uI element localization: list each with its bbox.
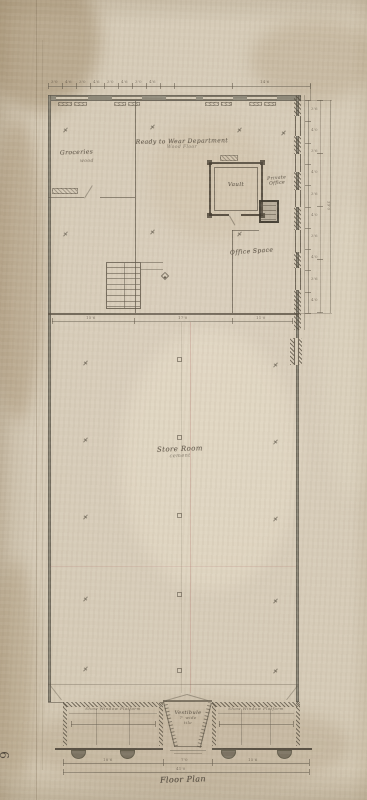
window-opening xyxy=(295,230,301,252)
window-sill xyxy=(74,102,87,106)
show-window-left: Show Window Platform xyxy=(63,702,163,746)
room-label-vault: Vault xyxy=(209,182,263,189)
dim-tick xyxy=(261,205,276,206)
dim-tick xyxy=(261,214,276,215)
paper-stain xyxy=(0,120,45,420)
dim-tick xyxy=(305,228,311,229)
column-symbol xyxy=(177,357,182,362)
wall-hatch xyxy=(294,136,301,154)
dim-tick xyxy=(76,83,77,89)
dim-tick xyxy=(212,759,213,766)
dim-tick xyxy=(305,121,311,122)
vault-corner xyxy=(207,213,212,218)
dim-label: 41'0 xyxy=(176,766,186,771)
dim-tick xyxy=(63,759,64,766)
window-opening xyxy=(295,190,301,207)
dim-tick xyxy=(292,318,293,324)
window-opening xyxy=(56,96,88,100)
dim-tick xyxy=(104,83,105,89)
vestibule-sill xyxy=(174,746,202,747)
newel-dot xyxy=(164,276,167,279)
dim-tick xyxy=(261,210,276,211)
wall-face-line xyxy=(304,95,305,330)
newel-post xyxy=(161,272,169,280)
dim-tick xyxy=(118,83,119,89)
dim-label: 3'0 xyxy=(79,79,86,84)
dim-tick xyxy=(160,83,161,89)
dim-tick xyxy=(305,249,311,250)
window-sill xyxy=(114,102,126,106)
dim-tick xyxy=(305,292,311,293)
window-sill xyxy=(205,102,219,106)
vestibule-step xyxy=(170,750,206,751)
dim-tick xyxy=(48,83,49,89)
window-opening xyxy=(295,116,301,136)
column-symbol xyxy=(177,513,182,518)
wall-left xyxy=(48,95,51,702)
dim-tick xyxy=(305,185,311,186)
bottom-overall-line xyxy=(63,772,309,773)
panel-line xyxy=(270,709,271,745)
dim-tick xyxy=(63,769,64,775)
column-mark xyxy=(83,437,89,443)
dim-tick xyxy=(163,759,164,766)
top-dimension-line xyxy=(48,86,310,87)
dim-label: 4'6 xyxy=(121,79,128,84)
dim-tick xyxy=(317,312,323,313)
column-symbol xyxy=(177,668,182,673)
show-window-frame xyxy=(159,702,163,746)
dim-label: 4'6 xyxy=(65,79,72,84)
counter xyxy=(52,188,78,194)
platform-line xyxy=(69,713,157,714)
chimney xyxy=(220,155,238,161)
dim-label: 4'0 xyxy=(311,169,318,174)
dim-tick xyxy=(305,143,311,144)
dim-tick xyxy=(309,759,310,766)
dim-tick xyxy=(132,83,133,89)
paper-stain xyxy=(320,200,367,500)
paper-crease xyxy=(36,0,37,800)
room-sublabel-text: tile xyxy=(168,721,208,726)
dim-label: 4'0 xyxy=(311,297,318,302)
column-mark xyxy=(83,666,89,672)
window-opening xyxy=(295,268,301,290)
vault-corner xyxy=(260,160,265,165)
window-opening xyxy=(295,154,301,172)
show-window-right: Show Window Platform xyxy=(212,702,300,746)
dim-label: 11'0 xyxy=(256,315,266,320)
dim-label: 4'6 xyxy=(93,79,100,84)
column-mark xyxy=(237,231,243,237)
bottom-dimension-line xyxy=(63,763,309,764)
dim-extension-line xyxy=(310,84,311,100)
column-mark xyxy=(273,598,279,604)
dim-tick xyxy=(305,313,311,314)
column-symbol xyxy=(177,435,182,440)
dim-tick xyxy=(305,100,311,101)
partition-left-room xyxy=(100,197,135,198)
storefront-splay xyxy=(50,685,62,700)
show-window-frame xyxy=(212,702,216,746)
dim-label: 4'0 xyxy=(311,127,318,132)
platform-line xyxy=(218,713,294,714)
dim-tick xyxy=(293,721,294,727)
dim-label: 18'6 xyxy=(103,757,113,762)
panel-line xyxy=(241,709,242,745)
room-label-store-room: Store Room cement xyxy=(140,444,220,461)
dim-tick xyxy=(232,318,233,324)
dim-tick xyxy=(317,100,323,101)
drawing-sheet: 3'0 4'6 3'0 4'6 3'0 4'6 3'0 4'6 14'6 xyxy=(0,0,367,800)
dim-label: 4'6 xyxy=(149,79,156,84)
dim-tick xyxy=(155,721,156,727)
dim-tick xyxy=(261,219,276,220)
window-sill xyxy=(264,102,276,106)
dim-label: 14'6 xyxy=(260,79,270,84)
dim-label: 3'6 xyxy=(311,191,318,196)
window-dim-line xyxy=(71,724,155,725)
stair-rail xyxy=(124,263,125,308)
dim-tick xyxy=(219,721,220,727)
construction-line xyxy=(181,322,182,693)
window-opening xyxy=(203,96,233,100)
window-sill xyxy=(58,102,72,106)
room-label-office-space: Office Space xyxy=(230,246,274,256)
dim-tick xyxy=(232,83,233,89)
storefront-return xyxy=(48,702,64,703)
column-mark xyxy=(281,130,287,136)
stair-landing-line xyxy=(141,269,163,270)
window-opening xyxy=(247,96,277,100)
column-symbol xyxy=(177,592,182,597)
wall-hatch xyxy=(294,290,301,330)
dim-label: 39'0 xyxy=(326,201,331,211)
column-mark xyxy=(273,439,279,445)
column-mark xyxy=(83,360,89,366)
show-window-label: Show Window Platform xyxy=(218,707,294,712)
column-mark xyxy=(83,514,89,520)
show-window-frame xyxy=(63,702,67,746)
dim-tick xyxy=(90,83,91,89)
dim-label: 3'6 xyxy=(311,106,318,111)
dim-tick xyxy=(305,270,311,271)
paper-stain xyxy=(250,20,367,100)
dim-label: 17'0 xyxy=(178,315,188,320)
room-sublabel-groceries: wood xyxy=(80,159,94,164)
column-mark xyxy=(150,124,156,130)
wall-hatch xyxy=(294,96,301,116)
room-label-groceries: Groceries xyxy=(60,148,93,156)
dim-tick xyxy=(309,769,310,775)
column-mark xyxy=(63,231,69,237)
dim-tick xyxy=(317,206,323,207)
dim-tick xyxy=(317,153,323,154)
dim-label: 3'0 xyxy=(107,79,114,84)
column-mark xyxy=(273,668,279,674)
dim-tick xyxy=(71,721,72,727)
vault-corner xyxy=(207,160,212,165)
dim-label: 3'6 xyxy=(311,276,318,281)
column-mark xyxy=(63,127,69,133)
dim-extension-line xyxy=(299,313,332,314)
dim-label: 15'6 xyxy=(248,757,258,762)
paper-stain xyxy=(0,0,100,110)
dim-tick xyxy=(305,164,311,165)
window-opening xyxy=(112,96,142,100)
page-number: 9 xyxy=(0,751,12,759)
panel-line xyxy=(96,709,97,745)
partition-office xyxy=(232,230,233,313)
dim-tick xyxy=(305,207,311,208)
window-sill xyxy=(221,102,232,106)
column-mark xyxy=(83,596,89,602)
room-sublabel-text: Wood Floor xyxy=(128,145,236,150)
staircase xyxy=(106,262,141,309)
dim-label: 15'6 xyxy=(86,315,96,320)
lift-box xyxy=(259,200,279,223)
dim-tick xyxy=(317,259,323,260)
dim-label: 3'6 xyxy=(311,233,318,238)
bulkhead-line xyxy=(48,684,299,685)
wall-hatch xyxy=(294,252,301,268)
dim-tick xyxy=(146,83,147,89)
dim-tick xyxy=(62,83,63,89)
room-label-ready-to-wear: Ready to Wear Department Wood Floor xyxy=(128,138,236,151)
dim-label: 3'0 xyxy=(135,79,142,84)
dim-label: 7'0 xyxy=(181,757,188,762)
window-sill xyxy=(249,102,262,106)
dim-tick xyxy=(52,318,53,324)
dim-label: 3'0 xyxy=(51,79,58,84)
column-mark xyxy=(273,516,279,522)
dim-tick xyxy=(174,83,175,89)
window-dim-line xyxy=(219,724,293,725)
dim-label: 4'0 xyxy=(311,212,318,217)
column-mark xyxy=(273,362,279,368)
column-mark xyxy=(150,229,156,235)
door-leaf xyxy=(229,216,235,226)
vestibule-step xyxy=(174,753,202,754)
window-opening xyxy=(294,338,299,365)
window-opening xyxy=(166,96,196,100)
window-sill xyxy=(128,102,140,106)
column-mark xyxy=(237,127,243,133)
vault-inner-wall xyxy=(214,167,258,211)
vestibule-labels: Vestibule 7' wide tile xyxy=(168,710,208,726)
construction-line-red xyxy=(50,566,296,567)
door-leaf xyxy=(84,185,93,198)
interior-dimension-line xyxy=(52,321,293,322)
construction-line-red xyxy=(190,322,191,693)
wall-hatch xyxy=(294,207,301,230)
show-window-label: Show Window Platform xyxy=(69,707,157,712)
partition-left-room xyxy=(48,197,84,198)
room-label-private-office: Private Office xyxy=(258,174,297,188)
paper-crease xyxy=(42,40,43,770)
show-window-frame xyxy=(296,702,300,746)
dim-tick xyxy=(134,318,135,324)
stair-landing-line xyxy=(141,262,163,263)
panel-line xyxy=(129,709,130,745)
